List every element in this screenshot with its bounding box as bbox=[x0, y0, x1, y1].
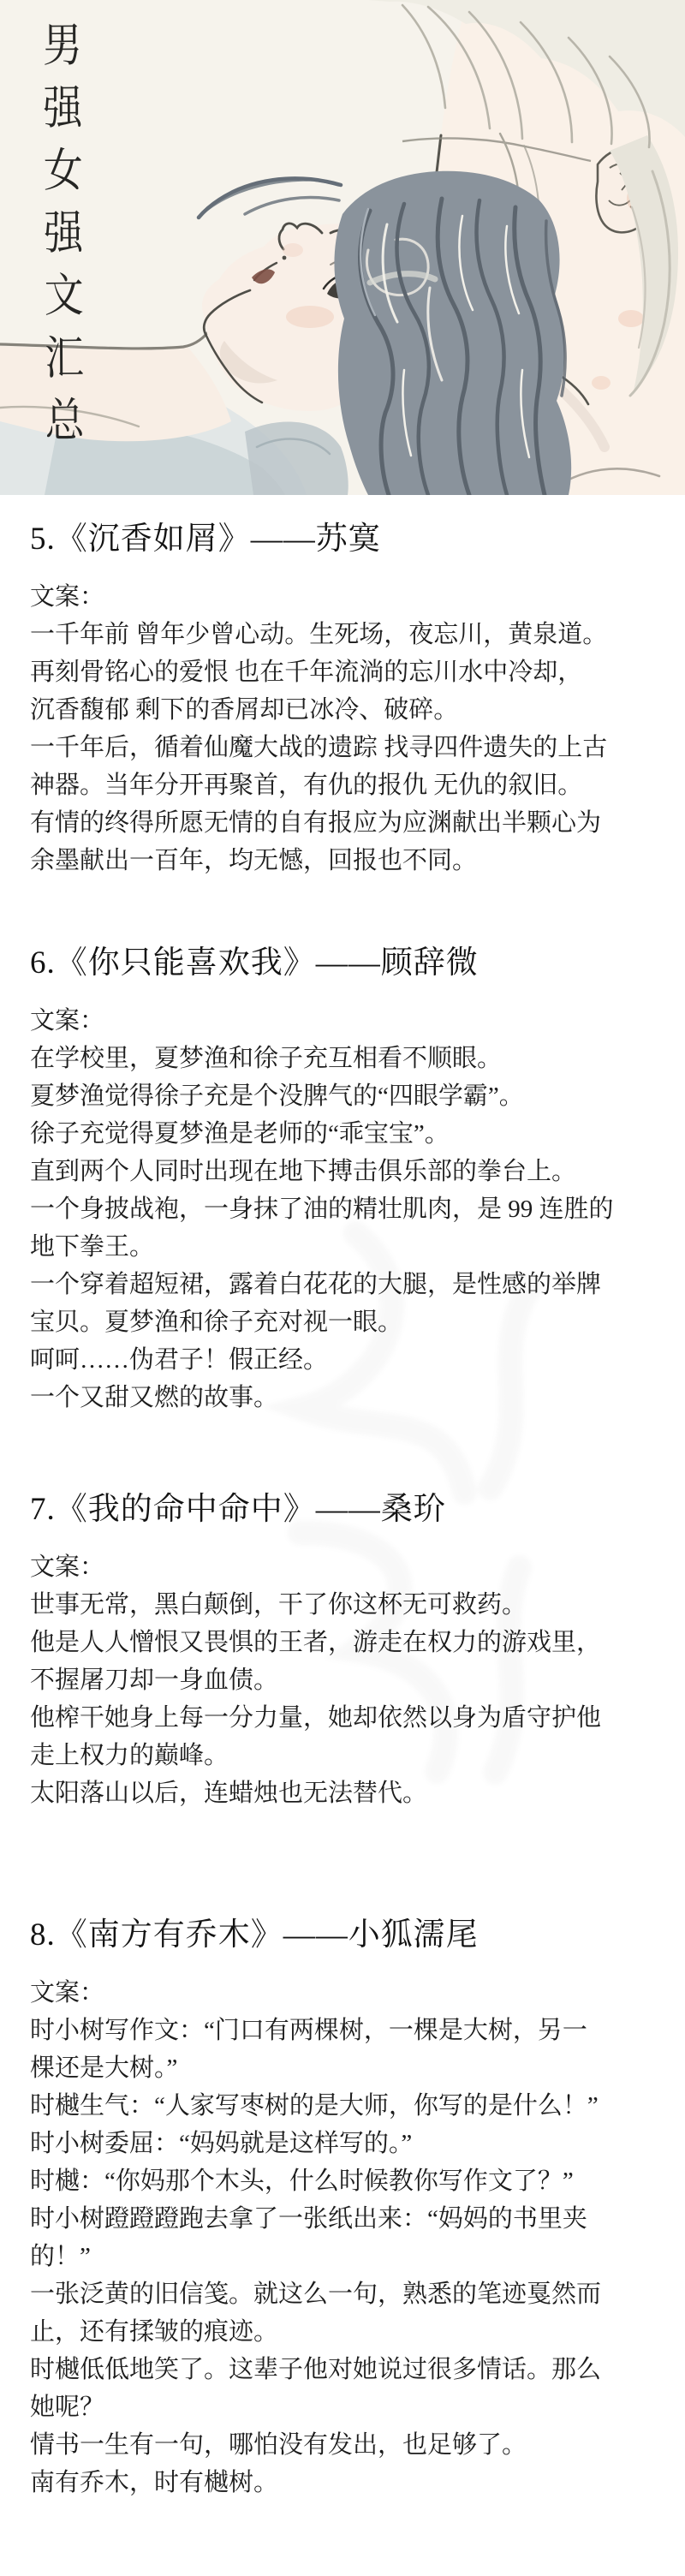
text-line: 一个穿着超短裙，露着白花花的大腿，是性感的举牌 bbox=[30, 1266, 659, 1303]
text-line: 呵呵……伪君子！假正经。 bbox=[30, 1341, 659, 1379]
text-line: 神器。当年分开再聚首，有仇的报仇 无仇的叙旧。 bbox=[30, 766, 659, 804]
text-line: 止，还有揉皱的痕迹。 bbox=[30, 2313, 659, 2351]
book-blurb: 文案： 世事无常，黑白颠倒，干了你这杯无可救药。他是人人憎恨又畏惧的王者，游走在… bbox=[30, 1548, 659, 1812]
vertical-title: 男强女强文汇总 bbox=[39, 21, 81, 458]
blurb-label: 文案： bbox=[30, 1548, 659, 1586]
text-line: 在学校里，夏梦渔和徐子充互相看不顺眼。 bbox=[30, 1040, 659, 1077]
text-line: 她呢？ bbox=[30, 2388, 659, 2426]
text-line: 情书一生有一句，哪怕没有发出，也足够了。 bbox=[30, 2426, 659, 2464]
book-blurb: 文案： 在学校里，夏梦渔和徐子充互相看不顺眼。夏梦渔觉得徐子充是个没脾气的“四眼… bbox=[30, 1002, 659, 1416]
text-line: 他榨干她身上每一分力量，她却依然以身为盾守护他 bbox=[30, 1699, 659, 1737]
blurb-label: 文案： bbox=[30, 1002, 659, 1040]
blurb-lines: 时小树写作文：“门口有两棵树，一棵是大树，另一棵还是大树。”时樾生气：“人家写枣… bbox=[30, 2012, 659, 2501]
text-line: 徐子充觉得夏梦渔是老师的“乖宝宝”。 bbox=[30, 1115, 659, 1153]
text-line: 地下拳王。 bbox=[30, 1228, 659, 1266]
blurb-lines: 在学校里，夏梦渔和徐子充互相看不顺眼。夏梦渔觉得徐子充是个没脾气的“四眼学霸”。… bbox=[30, 1040, 659, 1416]
book-section-5: 5.《沉香如屑》——苏寞 文案： 一千年前 曾年少曾心动。生死场，夜忘川，黄泉道… bbox=[30, 518, 659, 880]
book-blurb: 文案： 一千年前 曾年少曾心动。生死场，夜忘川，黄泉道。再刻骨铭心的爱恨 也在千… bbox=[30, 578, 659, 880]
text-line: 世事无常，黑白颠倒，干了你这杯无可救药。 bbox=[30, 1586, 659, 1624]
text-line: 时小树委屈：“妈妈就是这样写的。” bbox=[30, 2125, 659, 2162]
book-heading: 7.《我的命中命中》——桑玠 bbox=[30, 1488, 659, 1531]
book-heading: 8.《南方有乔木》——小狐濡尾 bbox=[30, 1914, 659, 1957]
book-blurb: 文案： 时小树写作文：“门口有两棵树，一棵是大树，另一棵还是大树。”时樾生气：“… bbox=[30, 1974, 659, 2501]
text-line: 时樾低低地笑了。这辈子他对她说过很多情话。那么 bbox=[30, 2351, 659, 2388]
text-line: 有情的终得所愿无情的自有报应为应渊献出半颗心为 bbox=[30, 804, 659, 842]
blurb-lines: 世事无常，黑白颠倒，干了你这杯无可救药。他是人人憎恨又畏惧的王者，游走在权力的游… bbox=[30, 1586, 659, 1812]
text-line: 沉香馥郁 剩下的香屑却已冰冷、破碎。 bbox=[30, 691, 659, 729]
text-line: 再刻骨铭心的爱恨 也在千年流淌的忘川水中冷却， bbox=[30, 653, 659, 691]
text-line: 宝贝。夏梦渔和徐子充对视一眼。 bbox=[30, 1303, 659, 1341]
book-heading: 5.《沉香如屑》——苏寞 bbox=[30, 518, 659, 561]
text-line: 直到两个人同时出现在地下搏击俱乐部的拳台上。 bbox=[30, 1153, 659, 1190]
text-line: 一个又甜又燃的故事。 bbox=[30, 1379, 659, 1416]
blurb-label: 文案： bbox=[30, 1974, 659, 2012]
text-line: 棵还是大树。” bbox=[30, 2049, 659, 2087]
book-section-8: 8.《南方有乔木》——小狐濡尾 文案： 时小树写作文：“门口有两棵树，一棵是大树… bbox=[30, 1914, 659, 2501]
text-line: 不握屠刀却一身血债。 bbox=[30, 1661, 659, 1699]
text-line: 时小树蹬蹬蹬跑去拿了一张纸出来：“妈妈的书里夹 bbox=[30, 2200, 659, 2238]
book-section-7: 7.《我的命中命中》——桑玠 文案： 世事无常，黑白颠倒，干了你这杯无可救药。他… bbox=[30, 1488, 659, 1812]
text-line: 一千年前 曾年少曾心动。生死场，夜忘川，黄泉道。 bbox=[30, 616, 659, 653]
text-line: 时小树写作文：“门口有两棵树，一棵是大树，另一 bbox=[30, 2012, 659, 2049]
text-line: 他是人人憎恨又畏惧的王者，游走在权力的游戏里， bbox=[30, 1624, 659, 1661]
header-illustration: 男强女强文汇总 bbox=[0, 0, 685, 495]
text-line: 一个身披战袍，一身抹了油的精壮肌肉，是 99 连胜的 bbox=[30, 1190, 659, 1228]
blurb-label: 文案： bbox=[30, 578, 659, 616]
book-section-6: 6.《你只能喜欢我》——顾辞微 文案： 在学校里，夏梦渔和徐子充互相看不顺眼。夏… bbox=[30, 942, 659, 1416]
text-line: 走上权力的巅峰。 bbox=[30, 1737, 659, 1774]
text-line: 一张泛黄的旧信笺。就这么一句，熟悉的笔迹戛然而 bbox=[30, 2275, 659, 2313]
text-line: 时樾：“你妈那个木头，什么时候教你写作文了？” bbox=[30, 2162, 659, 2200]
page: 男强女强文汇总 5.《沉香如屑》——苏寞 文案： 一千年前 曾年少曾心动。生死场… bbox=[0, 0, 685, 2576]
text-line: 时樾生气：“人家写枣树的是大师，你写的是什么！” bbox=[30, 2087, 659, 2125]
text-line: 一千年后，循着仙魔大战的遗踪 找寻四件遗失的上古 bbox=[30, 729, 659, 766]
text-line: 太阳落山以后，连蜡烛也无法替代。 bbox=[30, 1774, 659, 1812]
book-heading: 6.《你只能喜欢我》——顾辞微 bbox=[30, 942, 659, 985]
text-line: 的！” bbox=[30, 2238, 659, 2275]
blurb-lines: 一千年前 曾年少曾心动。生死场，夜忘川，黄泉道。再刻骨铭心的爱恨 也在千年流淌的… bbox=[30, 616, 659, 880]
text-line: 南有乔木，时有樾树。 bbox=[30, 2464, 659, 2501]
text-line: 夏梦渔觉得徐子充是个没脾气的“四眼学霸”。 bbox=[30, 1077, 659, 1115]
couple-watercolor-illustration bbox=[0, 0, 685, 495]
text-line: 余墨献出一百年，均无憾，回报也不同。 bbox=[30, 842, 659, 880]
